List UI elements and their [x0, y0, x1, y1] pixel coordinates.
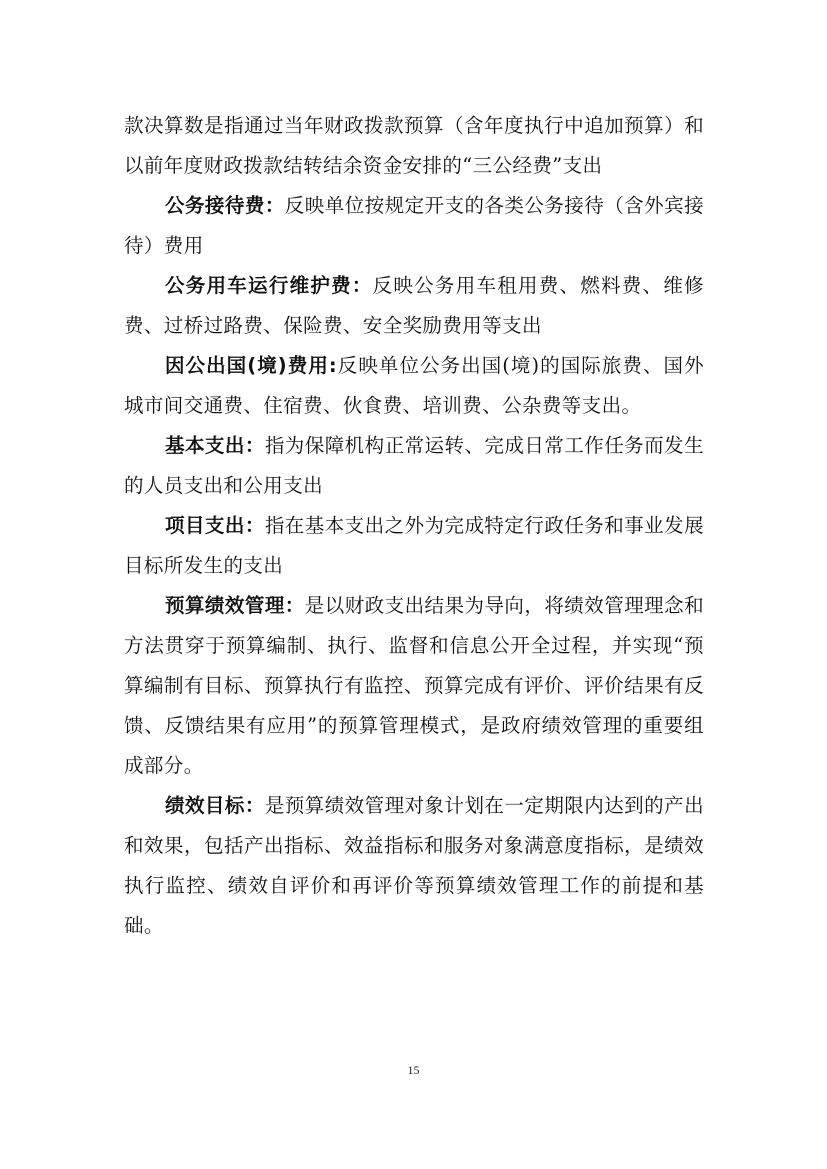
term-label: 基本支出：: [165, 434, 265, 457]
paragraph-vehicle-fee: 公务用车运行维护费：反映公务用车租用费、燃料费、维修费、过桥过路费、保险费、安全…: [124, 266, 704, 346]
paragraph-text: 款决算数是指通过当年财政拨款预算（含年度执行中追加预算）和以前年度财政拨款结转结…: [124, 114, 704, 177]
document-body: 款决算数是指通过当年财政拨款预算（含年度执行中追加预算）和以前年度财政拨款结转结…: [124, 106, 704, 946]
term-label: 绩效目标：: [165, 794, 265, 817]
paragraph-reception-fee: 公务接待费：反映单位按规定开支的各类公务接待（含外宾接待）费用: [124, 186, 704, 266]
term-label: 公务接待费：: [165, 194, 285, 217]
term-label: 公务用车运行维护费：: [165, 274, 373, 297]
page-number: 15: [0, 1063, 827, 1078]
paragraph-performance-goal: 绩效目标：是预算绩效管理对象计划在一定期限内达到的产出和效果，包括产出指标、效益…: [124, 786, 704, 946]
paragraph-overseas-fee: 因公出国(境)费用:反映单位公务出国(境)的国际旅费、国外城市间交通费、住宿费、…: [124, 346, 704, 426]
paragraph-basic-expenditure: 基本支出：指为保障机构正常运转、完成日常工作任务而发生的人员支出和公用支出: [124, 426, 704, 506]
term-label: 预算绩效管理：: [165, 594, 305, 617]
paragraph-project-expenditure: 项目支出：指在基本支出之外为完成特定行政任务和事业发展目标所发生的支出: [124, 506, 704, 586]
term-label: 项目支出：: [165, 514, 265, 537]
paragraph-text: 是以财政支出结果为导向，将绩效管理理念和方法贯穿于预算编制、执行、监督和信息公开…: [124, 594, 704, 777]
paragraph-continuation: 款决算数是指通过当年财政拨款预算（含年度执行中追加预算）和以前年度财政拨款结转结…: [124, 106, 704, 186]
paragraph-performance-management: 预算绩效管理：是以财政支出结果为导向，将绩效管理理念和方法贯穿于预算编制、执行、…: [124, 586, 704, 786]
term-label: 因公出国(境)费用:: [165, 354, 337, 377]
